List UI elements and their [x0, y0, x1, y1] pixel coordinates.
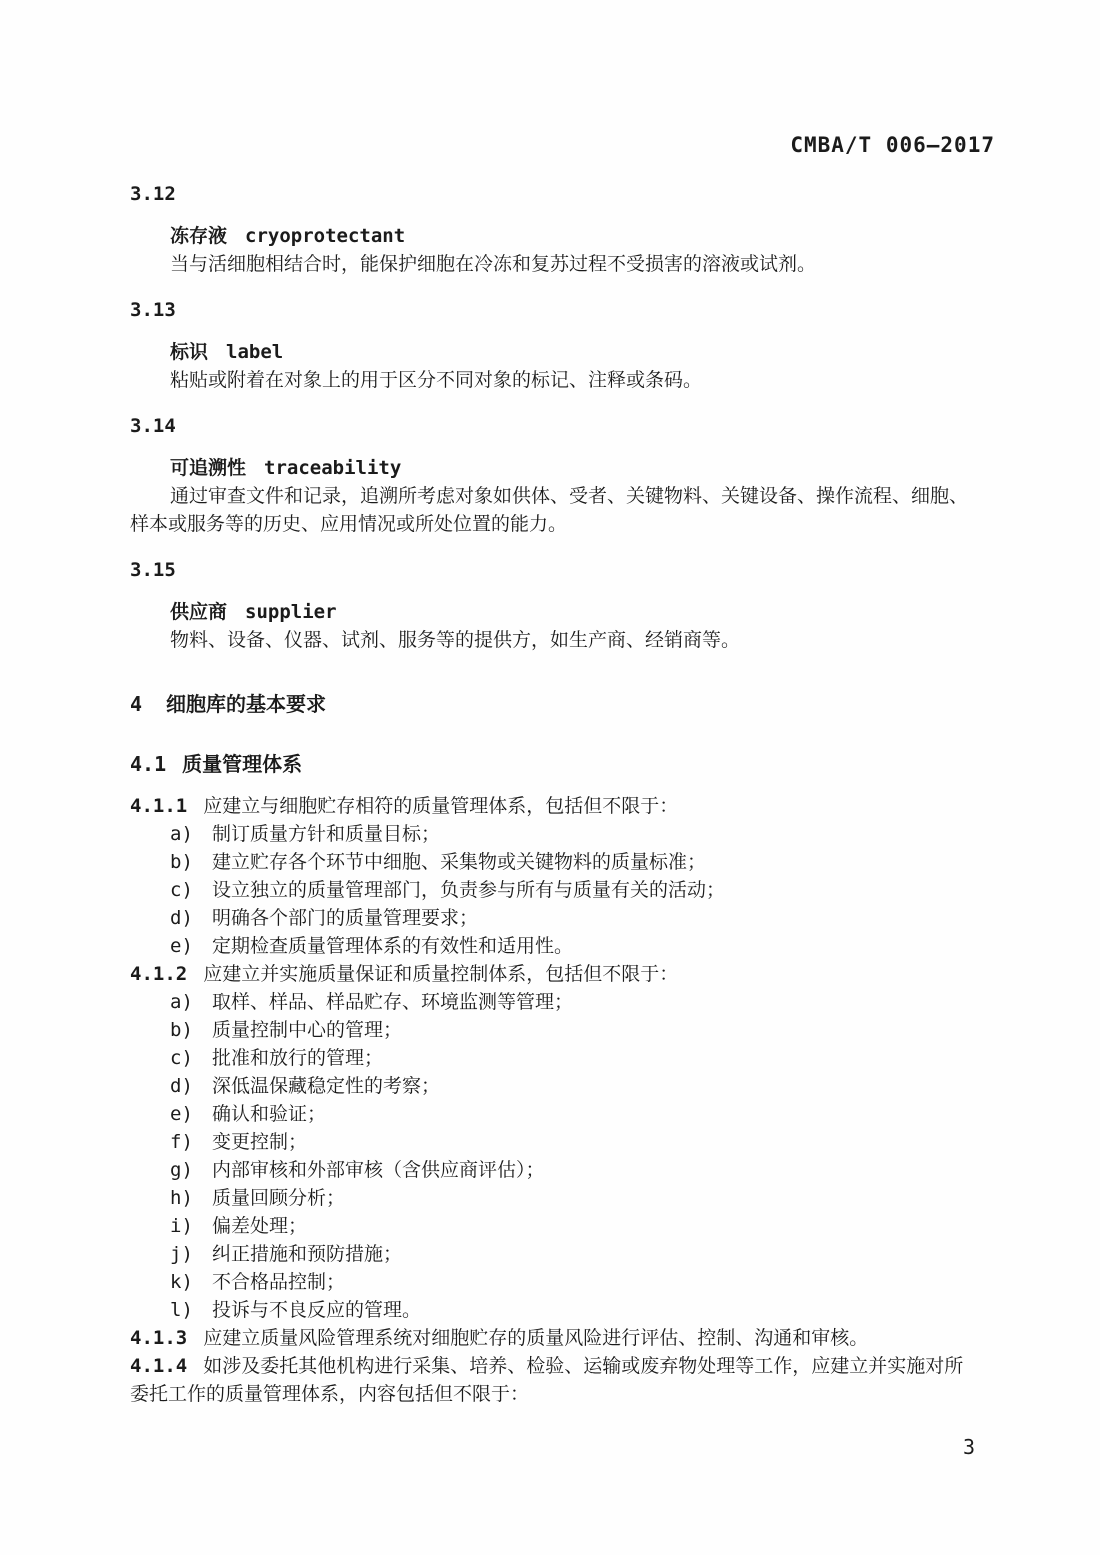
list-item: j)纠正措施和预防措施； — [170, 1240, 975, 1268]
list-item-text: 设立独立的质量管理部门，负责参与所有与质量有关的活动； — [212, 876, 975, 904]
list-item-label: b) — [170, 848, 212, 876]
list-item: c)批准和放行的管理； — [170, 1044, 975, 1072]
clause-item-list: a)取样、样品、样品贮存、环境监测等管理； b)质量控制中心的管理； c)批准和… — [130, 988, 975, 1324]
clause-text: 应建立与细胞贮存相符的质量管理体系，包括但不限于： — [203, 795, 678, 817]
list-item: b)质量控制中心的管理； — [170, 1016, 975, 1044]
term-english-name: supplier — [245, 601, 337, 623]
clause-number: 4.1.3 — [130, 1327, 187, 1349]
clause-text: 应建立并实施质量保证和质量控制体系，包括但不限于： — [203, 963, 678, 985]
list-item-label: b) — [170, 1016, 212, 1044]
term-english-name: label — [226, 341, 283, 363]
term-block: 3.14 可追溯性traceability 通过审查文件和记录，追溯所考虑对象如… — [130, 412, 975, 538]
list-item: k)不合格品控制； — [170, 1268, 975, 1296]
term-name: 可追溯性 — [170, 457, 246, 479]
list-item-label: f) — [170, 1128, 212, 1156]
document-page: CMBA/T 006—2017 3.12 冻存液cryoprotectant 当… — [0, 0, 1100, 1555]
list-item: b)建立贮存各个环节中细胞、采集物或关键物料的质量标准； — [170, 848, 975, 876]
list-item: e)确认和验证； — [170, 1100, 975, 1128]
list-item-text: 深低温保藏稳定性的考察； — [212, 1072, 975, 1100]
chapter-title: 细胞库的基本要求 — [166, 692, 326, 716]
term-english-name: cryoprotectant — [245, 225, 405, 247]
list-item-label: a) — [170, 820, 212, 848]
clause: 4.1.2应建立并实施质量保证和质量控制体系，包括但不限于： — [130, 960, 975, 988]
list-item-label: c) — [170, 1044, 212, 1072]
list-item-text: 取样、样品、样品贮存、环境监测等管理； — [212, 988, 975, 1016]
list-item-text: 定期检查质量管理体系的有效性和适用性。 — [212, 932, 975, 960]
list-item-label: j) — [170, 1240, 212, 1268]
term-number: 3.14 — [130, 412, 975, 440]
list-item: c)设立独立的质量管理部门，负责参与所有与质量有关的活动； — [170, 876, 975, 904]
list-item: l)投诉与不良反应的管理。 — [170, 1296, 975, 1324]
list-item-label: e) — [170, 1100, 212, 1128]
list-item-label: c) — [170, 876, 212, 904]
list-item-text: 制订质量方针和质量目标； — [212, 820, 975, 848]
list-item-text: 质量控制中心的管理； — [212, 1016, 975, 1044]
page-number: 3 — [963, 1435, 975, 1459]
list-item-label: l) — [170, 1296, 212, 1324]
doc-code: CMBA/T 006—2017 — [790, 133, 995, 157]
clause: 4.1.1应建立与细胞贮存相符的质量管理体系，包括但不限于： — [130, 792, 975, 820]
term-line: 可追溯性traceability — [130, 454, 975, 482]
document-header: CMBA/T 006—2017 — [0, 133, 1100, 158]
list-item-text: 确认和验证； — [212, 1100, 975, 1128]
list-item-text: 明确各个部门的质量管理要求； — [212, 904, 975, 932]
list-item: a)取样、样品、样品贮存、环境监测等管理； — [170, 988, 975, 1016]
clause: 4.1.4如涉及委托其他机构进行采集、培养、检验、运输或废弃物处理等工作，应建立… — [130, 1352, 975, 1408]
term-definition: 物料、设备、仪器、试剂、服务等的提供方，如生产商、经销商等。 — [130, 626, 975, 654]
list-item-text: 建立贮存各个环节中细胞、采集物或关键物料的质量标准； — [212, 848, 975, 876]
list-item: a)制订质量方针和质量目标； — [170, 820, 975, 848]
list-item-text: 变更控制； — [212, 1128, 975, 1156]
term-block: 3.12 冻存液cryoprotectant 当与活细胞相结合时，能保护细胞在冷… — [130, 180, 975, 278]
list-item: g)内部审核和外部审核（含供应商评估）； — [170, 1156, 975, 1184]
clause-text: 应建立质量风险管理系统对细胞贮存的质量风险进行评估、控制、沟通和审核。 — [203, 1327, 868, 1349]
list-item-text: 偏差处理； — [212, 1212, 975, 1240]
term-number: 3.15 — [130, 556, 975, 584]
term-line: 标识label — [130, 338, 975, 366]
section-heading: 4.1质量管理体系 — [130, 750, 975, 778]
list-item-label: d) — [170, 904, 212, 932]
term-name: 冻存液 — [170, 225, 227, 247]
list-item-text: 批准和放行的管理； — [212, 1044, 975, 1072]
term-line: 冻存液cryoprotectant — [130, 222, 975, 250]
section-title: 质量管理体系 — [182, 752, 302, 776]
list-item: d)明确各个部门的质量管理要求； — [170, 904, 975, 932]
term-definition: 粘贴或附着在对象上的用于区分不同对象的标记、注释或条码。 — [130, 366, 975, 394]
list-item-label: e) — [170, 932, 212, 960]
term-line: 供应商supplier — [130, 598, 975, 626]
term-number: 3.12 — [130, 180, 975, 208]
page-content: 3.12 冻存液cryoprotectant 当与活细胞相结合时，能保护细胞在冷… — [130, 180, 975, 1462]
list-item-label: d) — [170, 1072, 212, 1100]
list-item: i)偏差处理； — [170, 1212, 975, 1240]
clause-item-list: a)制订质量方针和质量目标； b)建立贮存各个环节中细胞、采集物或关键物料的质量… — [130, 820, 975, 960]
clause-number: 4.1.1 — [130, 795, 187, 817]
list-item: f)变更控制； — [170, 1128, 975, 1156]
list-item-text: 投诉与不良反应的管理。 — [212, 1296, 975, 1324]
list-item-text: 内部审核和外部审核（含供应商评估）； — [212, 1156, 975, 1184]
chapter-heading: 4细胞库的基本要求 — [130, 690, 975, 718]
term-block: 3.15 供应商supplier 物料、设备、仪器、试剂、服务等的提供方，如生产… — [130, 556, 975, 654]
term-english-name: traceability — [264, 457, 401, 479]
list-item-text: 纠正措施和预防措施； — [212, 1240, 975, 1268]
clause-number: 4.1.2 — [130, 963, 187, 985]
list-item: h)质量回顾分析； — [170, 1184, 975, 1212]
term-number: 3.13 — [130, 296, 975, 324]
term-block: 3.13 标识label 粘贴或附着在对象上的用于区分不同对象的标记、注释或条码… — [130, 296, 975, 394]
list-item-label: h) — [170, 1184, 212, 1212]
list-item-label: a) — [170, 988, 212, 1016]
list-item-label: k) — [170, 1268, 212, 1296]
list-item-label: g) — [170, 1156, 212, 1184]
term-definition: 当与活细胞相结合时，能保护细胞在冷冻和复苏过程不受损害的溶液或试剂。 — [130, 250, 975, 278]
list-item-text: 质量回顾分析； — [212, 1184, 975, 1212]
list-item: d)深低温保藏稳定性的考察； — [170, 1072, 975, 1100]
term-name: 标识 — [170, 341, 208, 363]
term-name: 供应商 — [170, 601, 227, 623]
clause-number: 4.1.4 — [130, 1355, 187, 1377]
list-item-label: i) — [170, 1212, 212, 1240]
list-item-text: 不合格品控制； — [212, 1268, 975, 1296]
section-number: 4.1 — [130, 752, 166, 776]
term-definition: 通过审查文件和记录，追溯所考虑对象如供体、受者、关键物料、关键设备、操作流程、细… — [130, 482, 975, 538]
list-item: e)定期检查质量管理体系的有效性和适用性。 — [170, 932, 975, 960]
chapter-number: 4 — [130, 692, 142, 716]
page-footer: 3 — [130, 1433, 975, 1462]
clause-text: 如涉及委托其他机构进行采集、培养、检验、运输或废弃物处理等工作，应建立并实施对所… — [130, 1355, 963, 1405]
clause: 4.1.3应建立质量风险管理系统对细胞贮存的质量风险进行评估、控制、沟通和审核。 — [130, 1324, 975, 1352]
